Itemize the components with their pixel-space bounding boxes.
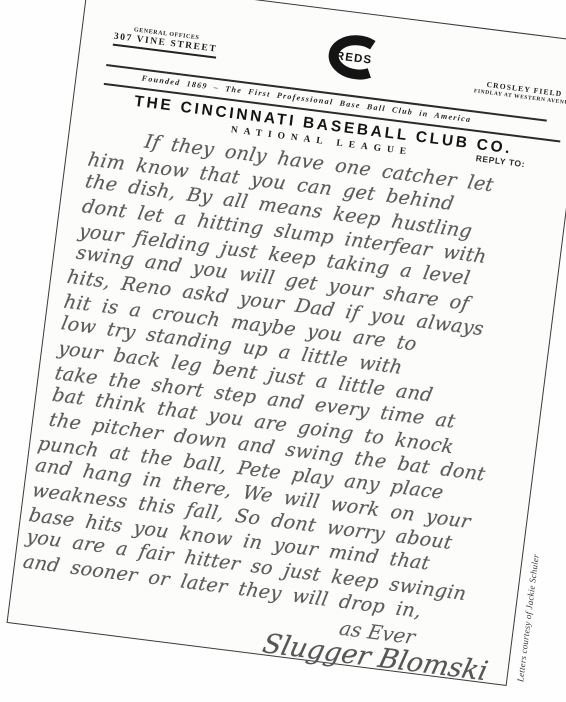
offices-address-block: GENERAL OFFICES 307 VINE STREET — [113, 25, 219, 59]
scanned-letter-photo: GENERAL OFFICES 307 VINE STREET REDS CRO… — [0, 0, 566, 702]
letter-sheet: GENERAL OFFICES 307 VINE STREET REDS CRO… — [7, 0, 566, 686]
handwritten-body: If they only have one catcher let him kn… — [15, 121, 565, 689]
reds-wishbone-c-logo: REDS — [318, 29, 395, 86]
ballpark-block: CROSLEY FIELD FINDLAY AT WESTERN AVENUE — [474, 78, 566, 106]
